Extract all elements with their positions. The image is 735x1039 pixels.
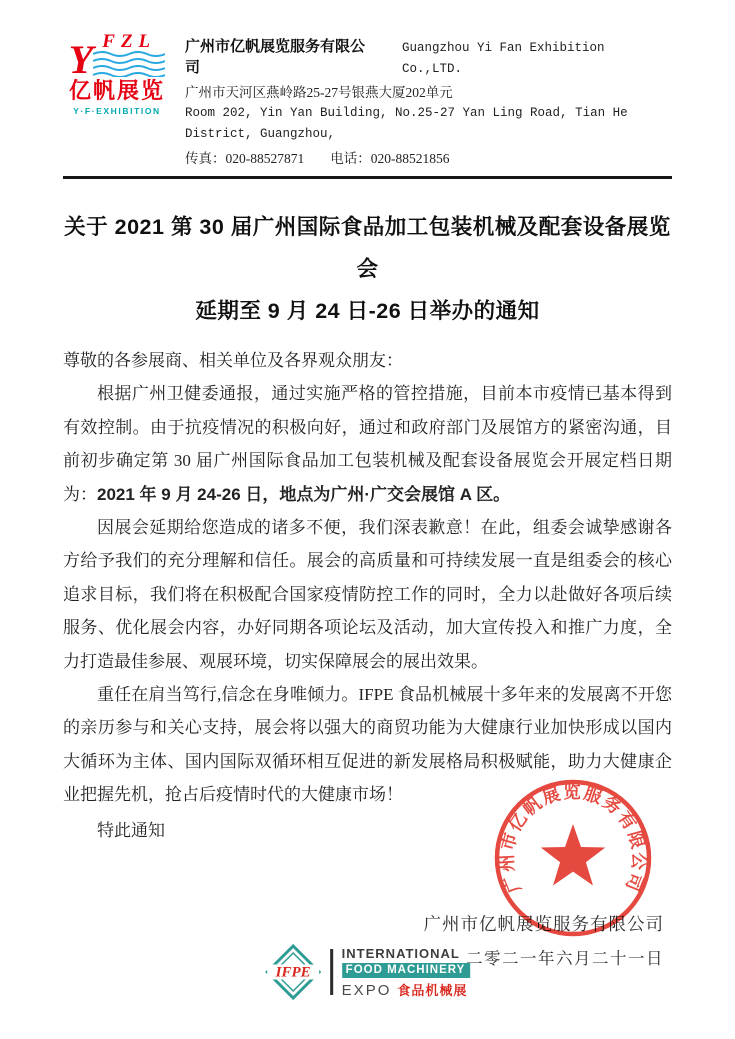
closing-line: 特此通知 (63, 814, 672, 847)
paragraph-1-bold-date: 2021 年 9 月 24-26 日，地点为广州·广交会展馆 A 区。 (97, 485, 510, 504)
company-name-en: Guangzhou Yi Fan Exhibition Co.,LTD. (402, 38, 672, 80)
salutation: 尊敬的各参展商、相关单位及各界观众朋友： (63, 344, 672, 377)
fax-number: 传真：020-88527871 (185, 148, 304, 169)
address-en: Room 202, Yin Yan Building, No.25-27 Yan… (185, 103, 672, 145)
letterhead-rule (63, 176, 672, 179)
logo-letter-y: Y (69, 43, 93, 77)
address-cn: 广州市天河区燕岭路25-27号银燕大厦202单元 (185, 82, 672, 103)
paragraph-2: 因展会延期给您造成的诸多不便，我们深表歉意！在此，组委会诚挚感谢各方给予我们的充… (63, 511, 672, 678)
notice-document-page: Y FZL 亿帆展览 Y·F·EXHIBITION (0, 0, 735, 1039)
signature-company: 广州市亿帆展览服务有限公司 (63, 907, 664, 941)
signature-block: 广州市亿帆展览服务有限公司 二零二一年六月二十一日 (63, 907, 672, 977)
title-line-1: 关于 2021 第 30 届广州国际食品加工包装机械及配套设备展览会 (63, 206, 672, 290)
footer-expo-label: EXPO (342, 982, 392, 999)
paragraph-3: 重任在肩当笃行,信念在身唯倾力。IFPE 食品机械展十多年来的发展离不开您的亲历… (63, 678, 672, 812)
footer-expo-cn-label: 食品机械展 (397, 980, 467, 999)
tel-number: 电话：020-88521856 (330, 148, 449, 169)
paragraph-1: 根据广州卫健委通报，通过实施严格的管控措施，目前本市疫情已基本得到有效控制。由于… (63, 377, 672, 511)
logo-letters-fzl: FZL (102, 33, 156, 50)
title-line-2: 延期至 9 月 24 日-26 日举办的通知 (63, 290, 672, 332)
company-name-cn: 广州市亿帆展览服务有限公司 (185, 36, 380, 78)
document-body: 尊敬的各参展商、相关单位及各界观众朋友： 根据广州卫健委通报，通过实施严格的管控… (63, 344, 672, 847)
letterhead: Y FZL 亿帆展览 Y·F·EXHIBITION (63, 0, 672, 169)
letterhead-text: 广州市亿帆展览服务有限公司 Guangzhou Yi Fan Exhibitio… (185, 33, 672, 169)
document-title: 关于 2021 第 30 届广州国际食品加工包装机械及配套设备展览会 延期至 9… (63, 206, 672, 332)
waves-icon (93, 51, 165, 77)
logo-name-cn: 亿帆展览 (63, 79, 171, 103)
logo-yfzl-mark: Y FZL (63, 33, 171, 77)
signature-date: 二零二一年六月二十一日 (63, 941, 664, 977)
logo-name-en: Y·F·EXHIBITION (63, 106, 171, 116)
company-logo: Y FZL 亿帆展览 Y·F·EXHIBITION (63, 33, 171, 116)
